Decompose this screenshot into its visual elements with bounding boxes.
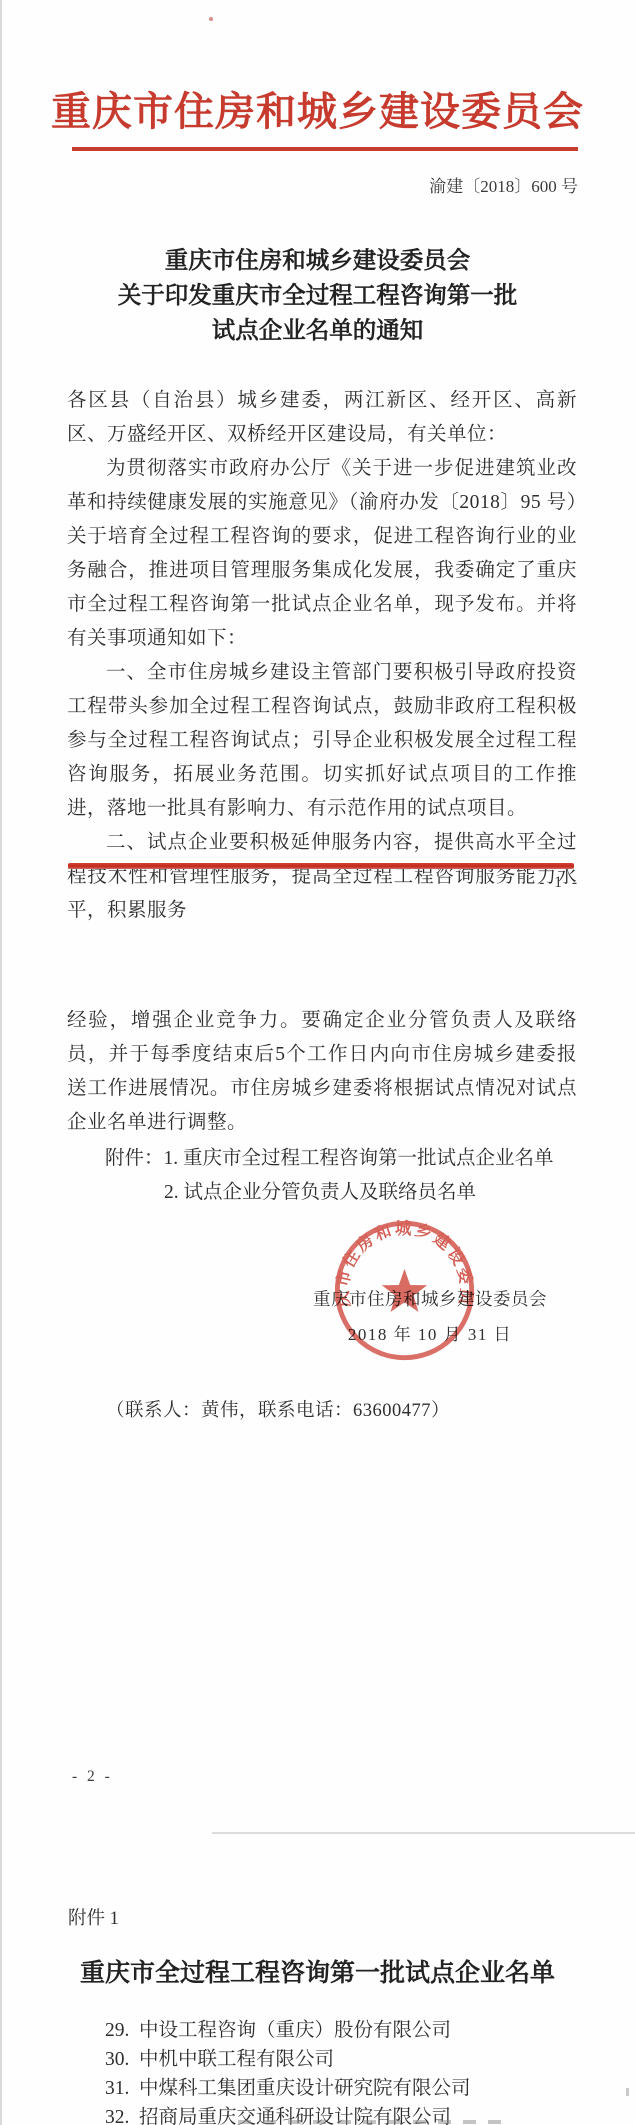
attachment-entry-2: 2. 试点企业分管负责人及联络员名单 (105, 1176, 554, 1210)
attachment-entry-1: 附件：1. 重庆市全过程工程咨询第一批试点企业名单 (105, 1142, 554, 1176)
paragraph-1: 为贯彻落实市政府办公厅《关于进一步促进建筑业改革和持续健康发展的实施意见》（渝府… (67, 452, 577, 656)
official-red-seal: 重庆市住房和城乡建设委员会 (333, 1219, 476, 1362)
agency-letterhead: 重庆市住房和城乡建设委员会 (30, 80, 605, 137)
salutation: 各区县（自治县）城乡建委，两江新区、经开区、高新区、万盛经开区、双桥经开区建设局… (67, 384, 577, 452)
contact-line: （联系人：黄伟，联系电话：63600477） (106, 1396, 450, 1422)
page2-body: 经验，增强企业竞争力。要确定企业分管负责人及联络员，并于每季度结束后5个工作日内… (67, 1004, 577, 1140)
document-title-line3: 试点企业名单的通知 (0, 314, 635, 349)
list-item: 31.中煤科工集团重庆设计研究院有限公司 (105, 2074, 471, 2103)
document-title: 重庆市住房和城乡建设委员会 关于印发重庆市全过程工程咨询第一批 试点企业名单的通… (0, 244, 635, 349)
page-number-1: - 1 - (539, 874, 580, 892)
page-break-line (212, 1832, 635, 1834)
red-dot-artifact (209, 17, 213, 21)
document-title-line1: 重庆市住房和城乡建设委员会 (0, 244, 635, 279)
company-name: 中设工程咨询（重庆）股份有限公司 (139, 2020, 451, 2041)
page-number-2: - 2 - (72, 1768, 113, 1786)
red-highlight-underline (68, 863, 574, 869)
company-name: 中机中联工程有限公司 (139, 2049, 334, 2070)
pilot-company-list: 29.中设工程咨询（重庆）股份有限公司 30.中机中联工程有限公司 31.中煤科… (105, 2016, 471, 2125)
scan-speck (626, 2088, 629, 2096)
scanned-official-document: 重庆市住房和城乡建设委员会 渝建〔2018〕600 号 重庆市住房和城乡建设委员… (0, 0, 635, 2125)
list-item: 29.中设工程咨询（重庆）股份有限公司 (105, 2016, 471, 2045)
document-title-line2: 关于印发重庆市全过程工程咨询第一批 (0, 279, 635, 314)
item-number: 31. (105, 2074, 139, 2103)
list-item: 30.中机中联工程有限公司 (105, 2045, 471, 2074)
clipped-next-line-sliver (238, 2120, 508, 2124)
paragraph-continued: 经验，增强企业竞争力。要确定企业分管负责人及联络员，并于每季度结束后5个工作日内… (67, 1004, 577, 1140)
company-name: 中煤科工集团重庆设计研究院有限公司 (139, 2078, 471, 2099)
letterhead-rule (72, 147, 578, 151)
attachments-list: 附件：1. 重庆市全过程工程咨询第一批试点企业名单 2. 试点企业分管负责人及联… (105, 1142, 554, 1210)
item-number: 32. (105, 2103, 139, 2125)
seal-star-icon (382, 1269, 427, 1312)
attachment-1-title: 重庆市全过程工程咨询第一批试点企业名单 (0, 1953, 635, 1989)
page1-body: 各区县（自治县）城乡建委，两江新区、经开区、高新区、万盛经开区、双桥经开区建设局… (67, 384, 577, 928)
item-number: 29. (105, 2016, 139, 2045)
document-number: 渝建〔2018〕600 号 (0, 172, 578, 197)
paragraph-2: 一、全市住房城乡建设主管部门要积极引导政府投资工程带头参加全过程工程咨询试点，鼓… (67, 656, 577, 826)
item-number: 30. (105, 2045, 139, 2074)
attachment-1-label: 附件 1 (68, 1904, 119, 1930)
paragraph-3: 二、试点企业要积极延伸服务内容，提供高水平全过程技术性和管理性服务，提高全过程工… (67, 826, 577, 928)
